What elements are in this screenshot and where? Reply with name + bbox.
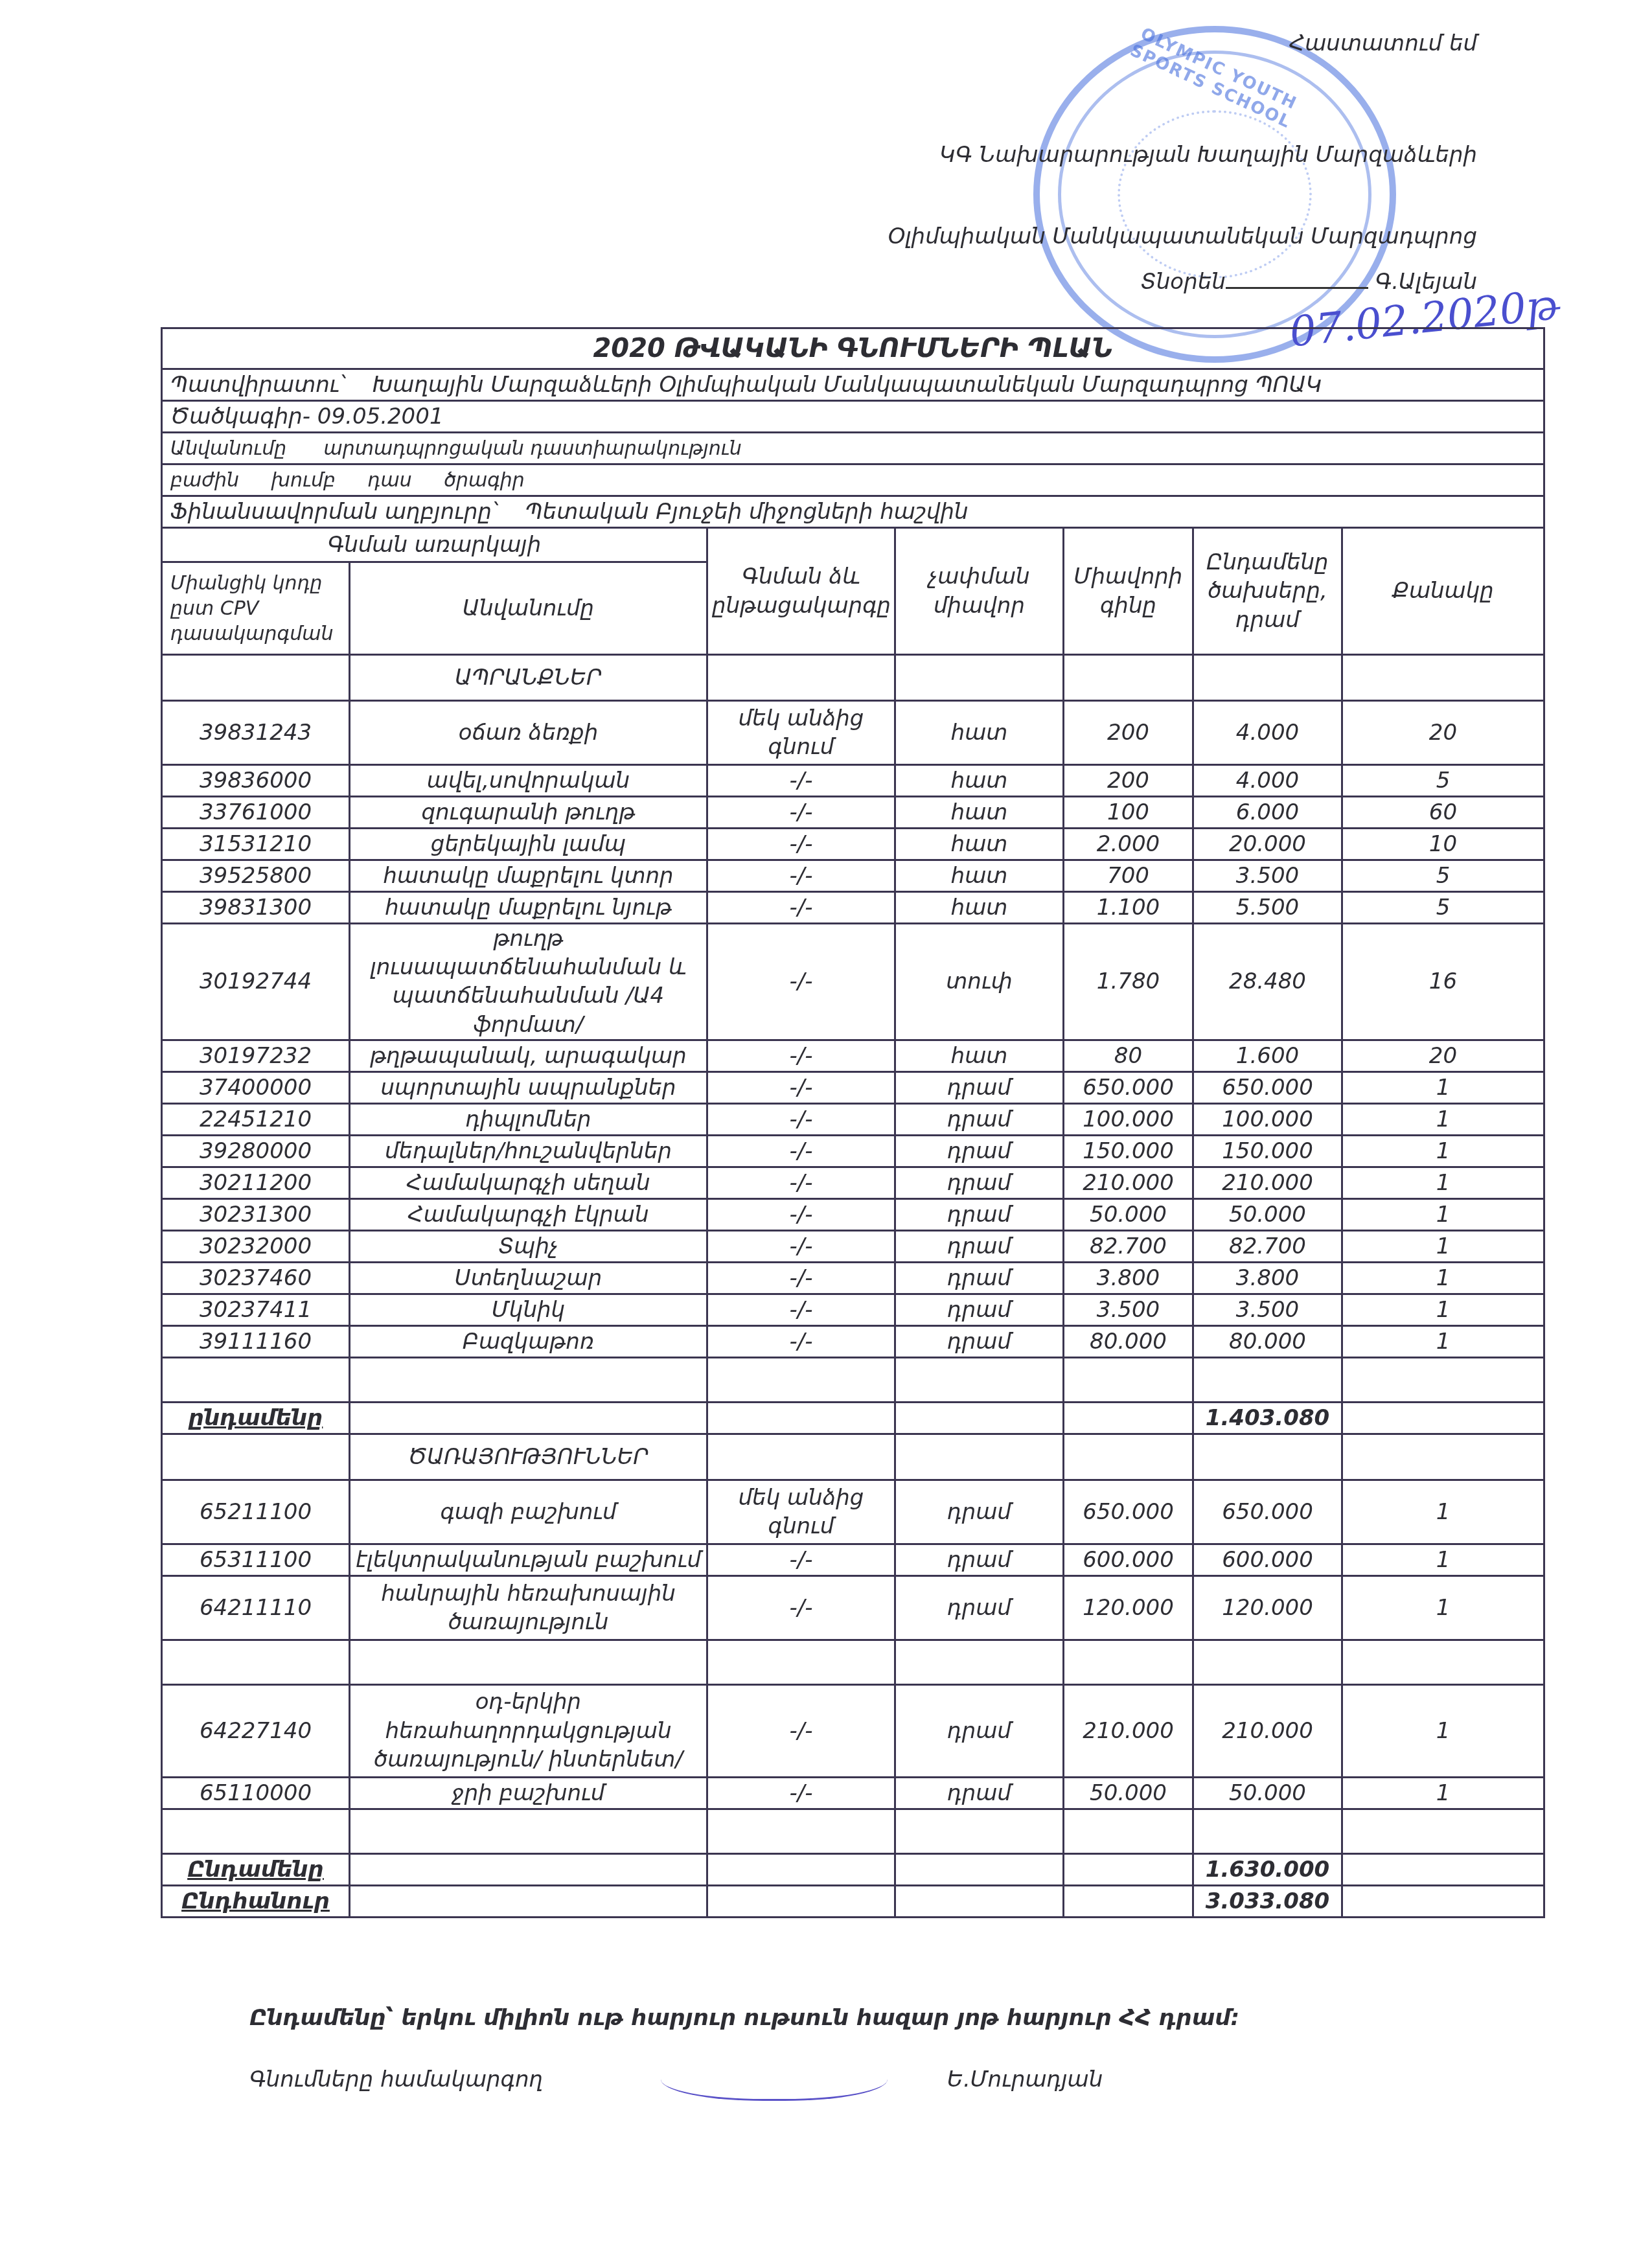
unit: դրամ (895, 1777, 1064, 1809)
procurement-method: -/- (707, 1684, 895, 1777)
procurement-plan-table: 2020 ԹՎԱԿԱՆԻ ԳՆՈՒՄՆԵՐԻ ՊԼԱՆ Պատվիրատու՝ … (161, 327, 1545, 1918)
quantity: 20 (1342, 701, 1544, 765)
empty-cell (895, 1640, 1064, 1684)
empty-cell (895, 1809, 1064, 1853)
quantity: 1 (1342, 1167, 1544, 1198)
table-row: 39111160Բազկաթոռ-/-դրամ80.00080.0001 (162, 1325, 1544, 1357)
unit-price: 150.000 (1064, 1135, 1193, 1167)
empty-cell (1193, 1434, 1342, 1480)
cpv-code: 30197232 (162, 1040, 350, 1071)
total-cost: 650.000 (1193, 1480, 1342, 1544)
empty-cell (1064, 1640, 1193, 1684)
empty-cell (1342, 1853, 1544, 1885)
code-row: Ծածկագիր- 09.05.2001 (162, 401, 1544, 433)
empty-cell (895, 655, 1064, 701)
empty-cell (895, 1402, 1064, 1434)
item-name: ավել,սովորական (350, 765, 707, 797)
table-row: 33761000զուգարանի թուղթ-/-հատ1006.00060 (162, 797, 1544, 829)
item-name: մեդալներ/հուշանվերներ (350, 1135, 707, 1167)
procurement-method: -/- (707, 860, 895, 892)
empty-cell (707, 1640, 895, 1684)
unit-price: 700 (1064, 860, 1193, 892)
empty-cell (707, 1853, 895, 1885)
unit-price: 3.500 (1064, 1294, 1193, 1325)
total-in-words: Ընդամենը՝ երկու միլիոն ութ հարյուր ութսո… (249, 2005, 1239, 2031)
total-cost: 50.000 (1193, 1198, 1342, 1230)
unit-price: 100.000 (1064, 1103, 1193, 1135)
unit-price: 80 (1064, 1040, 1193, 1071)
empty-cell (1342, 1357, 1544, 1402)
unit: դրամ (895, 1071, 1064, 1103)
quantity: 1 (1342, 1071, 1544, 1103)
procurement-method: -/- (707, 1103, 895, 1135)
table-row: 39525800հատակը մաքրելու կտոր-/-հատ7003.5… (162, 860, 1544, 892)
total-cost: 50.000 (1193, 1777, 1342, 1809)
sum-value: 1.630.000 (1193, 1853, 1342, 1885)
total-cost: 210.000 (1193, 1684, 1342, 1777)
procurement-method: -/- (707, 797, 895, 829)
empty-cell (350, 1885, 707, 1917)
cpv-code: 64211110 (162, 1575, 350, 1640)
quantity: 5 (1342, 860, 1544, 892)
unit: հատ (895, 701, 1064, 765)
cpv-code: 30237411 (162, 1294, 350, 1325)
empty-cell (350, 1357, 707, 1402)
empty-cell (162, 1640, 350, 1684)
cpv-code: 37400000 (162, 1071, 350, 1103)
procurement-method: -/- (707, 1575, 895, 1640)
empty-cell (707, 1357, 895, 1402)
table-row: 65110000ջրի բաշխում-/-դրամ50.00050.0001 (162, 1777, 1544, 1809)
quantity: 1 (1342, 1325, 1544, 1357)
unit: դրամ (895, 1544, 1064, 1575)
item-name: Բազկաթոռ (350, 1325, 707, 1357)
item-name: օճառ ձեռքի (350, 701, 707, 765)
quantity: 20 (1342, 1040, 1544, 1071)
plan-title: 2020 ԹՎԱԿԱՆԻ ԳՆՈՒՄՆԵՐԻ ՊԼԱՆ (162, 328, 1544, 369)
item-name: գազի բաշխում (350, 1480, 707, 1544)
quantity: 1 (1342, 1684, 1544, 1777)
item-name: դիպլոմներ (350, 1103, 707, 1135)
quantity: 5 (1342, 765, 1544, 797)
cpv-code: 30237460 (162, 1262, 350, 1294)
name-label: Անվանումը (170, 437, 286, 460)
empty-cell (162, 1809, 350, 1853)
total-cost: 3.800 (1193, 1262, 1342, 1294)
item-name: Մկնիկ (350, 1294, 707, 1325)
total-cost: 650.000 (1193, 1071, 1342, 1103)
item-name: հատակը մաքրելու նյութ (350, 892, 707, 924)
empty-cell (350, 1640, 707, 1684)
unit-price: 80.000 (1064, 1325, 1193, 1357)
blank-row (162, 1357, 1544, 1402)
empty-cell (1342, 1809, 1544, 1853)
empty-cell (707, 1809, 895, 1853)
unit-price: 600.000 (1064, 1544, 1193, 1575)
blank-row (162, 1640, 1544, 1684)
table-row: 30237460Ստեղնաշար-/-դրամ3.8003.8001 (162, 1262, 1544, 1294)
quantity: 10 (1342, 829, 1544, 860)
item-name: ջրի բաշխում (350, 1777, 707, 1809)
table-row: 39836000ավել,սովորական-/-հատ2004.0005 (162, 765, 1544, 797)
total-cost: 100.000 (1193, 1103, 1342, 1135)
quantity: 1 (1342, 1480, 1544, 1544)
unit: հատ (895, 892, 1064, 924)
unit: հատ (895, 829, 1064, 860)
customer-row: Պատվիրատու՝ Խաղային Մարզաձևերի Օլիմպիակա… (162, 369, 1544, 401)
unit-price: 650.000 (1064, 1071, 1193, 1103)
goods-subtotal-row: ընդամենը1.403.080 (162, 1402, 1544, 1434)
unit: դրամ (895, 1103, 1064, 1135)
quantity: 5 (1342, 892, 1544, 924)
cpv-code: 30192744 (162, 924, 350, 1040)
procurement-method: մեկ անձից գնում (707, 701, 895, 765)
empty-cell (1193, 1640, 1342, 1684)
cpv-code: 30232000 (162, 1230, 350, 1262)
sum-value: 3.033.080 (1193, 1885, 1342, 1917)
total-cost: 600.000 (1193, 1544, 1342, 1575)
procurement-method: -/- (707, 829, 895, 860)
unit: դրամ (895, 1167, 1064, 1198)
table-row: 39831300հատակը մաքրելու նյութ-/-հատ1.100… (162, 892, 1544, 924)
table-row: 22451210դիպլոմներ-/-դրամ100.000100.0001 (162, 1103, 1544, 1135)
total-cost: 150.000 (1193, 1135, 1342, 1167)
table-row: 30232000Տպիչ-/-դրամ82.70082.7001 (162, 1230, 1544, 1262)
col-unit-header: չափման միավոր (895, 528, 1064, 655)
sum-label: Ընդհանուր (162, 1885, 350, 1917)
quantity: 1 (1342, 1777, 1544, 1809)
item-name: Ստեղնաշար (350, 1262, 707, 1294)
table-row: 39831243օճառ ձեռքիմեկ անձից գնումհատ2004… (162, 701, 1544, 765)
quantity: 1 (1342, 1575, 1544, 1640)
item-name: թղթապանակ, արագակար (350, 1040, 707, 1071)
funding-label: Ֆինանսավորման աղբյուրը՝ (170, 499, 497, 525)
col-group-header: Գնման առարկայի (162, 528, 707, 562)
unit: դրամ (895, 1262, 1064, 1294)
table-row: 30192744թուղթ լուսապատճենահանման և պատճե… (162, 924, 1544, 1040)
quantity: 16 (1342, 924, 1544, 1040)
unit-price: 50.000 (1064, 1777, 1193, 1809)
cpv-code: 65211100 (162, 1480, 350, 1544)
table-row: 39280000մեդալներ/հուշանվերներ-/-դրամ150.… (162, 1135, 1544, 1167)
total-cost: 28.480 (1193, 924, 1342, 1040)
cpv-code: 30231300 (162, 1198, 350, 1230)
unit-price: 200 (1064, 765, 1193, 797)
empty-cell (350, 1809, 707, 1853)
approval-heading: Հաստատում եմ (1289, 32, 1477, 54)
empty-cell (162, 1434, 350, 1480)
services-subtotal-row: Ընդամենը1.630.000 (162, 1853, 1544, 1885)
unit-price: 210.000 (1064, 1684, 1193, 1777)
total-cost: 20.000 (1193, 829, 1342, 860)
cpv-code: 65110000 (162, 1777, 350, 1809)
total-cost: 1.600 (1193, 1040, 1342, 1071)
unit-price: 120.000 (1064, 1575, 1193, 1640)
unit-price: 82.700 (1064, 1230, 1193, 1262)
cpv-code: 22451210 (162, 1103, 350, 1135)
procurement-method: -/- (707, 765, 895, 797)
unit-price: 3.800 (1064, 1262, 1193, 1294)
procurement-method: -/- (707, 1167, 895, 1198)
total-cost: 3.500 (1193, 860, 1342, 892)
empty-cell (1064, 1434, 1193, 1480)
section-title: ԾԱՌԱՅՈՒԹՅՈՒՆՆԵՐ (350, 1434, 707, 1480)
procurement-method: -/- (707, 1544, 895, 1575)
col-price-header: Միավորի գինը (1064, 528, 1193, 655)
director-label: Տնօրեն (1141, 269, 1226, 295)
empty-cell (1342, 1885, 1544, 1917)
grand-total-row: Ընդհանուր3.033.080 (162, 1885, 1544, 1917)
table-row: 64211110հանրային հեռախոսային ծառայությու… (162, 1575, 1544, 1640)
cpv-code: 33761000 (162, 797, 350, 829)
empty-cell (1342, 1434, 1544, 1480)
procurement-method: -/- (707, 1262, 895, 1294)
total-cost: 120.000 (1193, 1575, 1342, 1640)
customer-value: Խաղային Մարզաձևերի Օլիմպիական Մանկապատան… (373, 372, 1322, 398)
unit-price: 50.000 (1064, 1198, 1193, 1230)
empty-cell (162, 1357, 350, 1402)
empty-cell (1193, 1809, 1342, 1853)
item-name: օդ-երկիր հեռահաղորդակցության ծառայությու… (350, 1684, 707, 1777)
empty-cell (895, 1434, 1064, 1480)
unit-price: 100 (1064, 797, 1193, 829)
quantity: 1 (1342, 1262, 1544, 1294)
unit: դրամ (895, 1684, 1064, 1777)
item-name: Տպիչ (350, 1230, 707, 1262)
empty-cell (1342, 1402, 1544, 1434)
item-name: էլեկտրականության բաշխում (350, 1544, 707, 1575)
quantity: 1 (1342, 1135, 1544, 1167)
empty-cell (1064, 1853, 1193, 1885)
quantity: 1 (1342, 1198, 1544, 1230)
sum-label: ընդամենը (162, 1402, 350, 1434)
empty-cell (707, 655, 895, 701)
table-row: 30231300Համակարգչի էկրան-/-դրամ50.00050.… (162, 1198, 1544, 1230)
total-cost: 210.000 (1193, 1167, 1342, 1198)
funding-row: Ֆինանսավորման աղբյուրը՝ Պետական Բյուջեի … (162, 496, 1544, 528)
col-qty-header: Քանակը (1342, 528, 1544, 655)
procurement-method: -/- (707, 1135, 895, 1167)
col-total-header: Ընդամենը ծախսերը, դրամ (1193, 528, 1342, 655)
unit: դրամ (895, 1325, 1064, 1357)
item-name: հատակը մաքրելու կտոր (350, 860, 707, 892)
unit-price: 650.000 (1064, 1480, 1193, 1544)
procurement-method: -/- (707, 1230, 895, 1262)
coordinator-signature (661, 2054, 888, 2101)
table-row: 65311100էլեկտրականության բաշխում-/-դրամ6… (162, 1544, 1544, 1575)
cpv-code: 39831300 (162, 892, 350, 924)
unit-price: 210.000 (1064, 1167, 1193, 1198)
sum-value: 1.403.080 (1193, 1402, 1342, 1434)
total-cost: 6.000 (1193, 797, 1342, 829)
empty-cell (895, 1357, 1064, 1402)
item-name: թուղթ լուսապատճենահանման և պատճենահանման… (350, 924, 707, 1040)
approval-org-line1: ԿԳ Նախարարության Խաղային Մարզաձևերի (939, 144, 1477, 166)
procurement-method: -/- (707, 892, 895, 924)
empty-cell (707, 1885, 895, 1917)
unit: հատ (895, 860, 1064, 892)
unit-price: 200 (1064, 701, 1193, 765)
unit: հատ (895, 797, 1064, 829)
cpv-code: 31531210 (162, 829, 350, 860)
unit: դրամ (895, 1198, 1064, 1230)
quantity: 1 (1342, 1294, 1544, 1325)
item-name: սպորտային ապրանքներ (350, 1071, 707, 1103)
section-title: ԱՊՐԱՆՔՆԵՐ (350, 655, 707, 701)
director-signature (1226, 287, 1368, 289)
table-row: 31531210ցերեկային լամպ-/-հատ2.00020.0001… (162, 829, 1544, 860)
cpv-code: 39831243 (162, 701, 350, 765)
empty-cell (707, 1434, 895, 1480)
classification-row: բաժին խումբ դաս ծրագիր (162, 464, 1544, 496)
coordinator-name: Ե.Մուրադյան (947, 2067, 1103, 2092)
table-row: 30237411Մկնիկ-/-դրամ3.5003.5001 (162, 1294, 1544, 1325)
empty-cell (1064, 1809, 1193, 1853)
unit: տուփ (895, 924, 1064, 1040)
sum-label: Ընդամենը (162, 1853, 350, 1885)
empty-cell (707, 1402, 895, 1434)
cpv-code: 30211200 (162, 1167, 350, 1198)
procurement-method: -/- (707, 1294, 895, 1325)
unit-price: 2.000 (1064, 829, 1193, 860)
empty-cell (1064, 1402, 1193, 1434)
unit: դրամ (895, 1575, 1064, 1640)
item-name: հանրային հեռախոսային ծառայություն (350, 1575, 707, 1640)
procurement-method: -/- (707, 1777, 895, 1809)
blank-row (162, 1809, 1544, 1853)
unit: հատ (895, 1040, 1064, 1071)
cpv-code: 64227140 (162, 1684, 350, 1777)
empty-cell (1193, 655, 1342, 701)
cpv-code: 39111160 (162, 1325, 350, 1357)
empty-cell (162, 655, 350, 701)
unit: հատ (895, 765, 1064, 797)
item-name: զուգարանի թուղթ (350, 797, 707, 829)
coordinator-label: Գնումները համակարգող (249, 2067, 543, 2092)
item-name: ցերեկային լամպ (350, 829, 707, 860)
item-name: Համակարգչի սեղան (350, 1167, 707, 1198)
quantity: 1 (1342, 1544, 1544, 1575)
col-name-header: Անվանումը (350, 562, 707, 655)
unit: դրամ (895, 1230, 1064, 1262)
services-section-row: ԾԱՌԱՅՈՒԹՅՈՒՆՆԵՐ (162, 1434, 1544, 1480)
table-row: 37400000սպորտային ապրանքներ-/-դրամ650.00… (162, 1071, 1544, 1103)
customer-label: Պատվիրատու՝ (170, 372, 345, 398)
quantity: 1 (1342, 1103, 1544, 1135)
unit-price: 1.780 (1064, 924, 1193, 1040)
col-cpv-header: Միանցիկ կոդը ըստ CPV դասակարգման (162, 562, 350, 655)
empty-cell (350, 1402, 707, 1434)
total-cost: 80.000 (1193, 1325, 1342, 1357)
table-row: 65211100գազի բաշխումմեկ անձից գնումդրամ6… (162, 1480, 1544, 1544)
unit: դրամ (895, 1135, 1064, 1167)
empty-cell (1342, 655, 1544, 701)
goods-section-row: ԱՊՐԱՆՔՆԵՐ (162, 655, 1544, 701)
col-method-header: Գնման ձև ընթացակարգը (707, 528, 895, 655)
cpv-code: 39525800 (162, 860, 350, 892)
quantity: 60 (1342, 797, 1544, 829)
procurement-method: -/- (707, 1071, 895, 1103)
funding-value: Պետական Բյուջեի միջոցների հաշվին (525, 499, 968, 525)
approval-org-line2: Օլիմպիական Մանկապատանեկան Մարզադպրոց (888, 225, 1477, 247)
total-cost: 4.000 (1193, 765, 1342, 797)
total-cost: 3.500 (1193, 1294, 1342, 1325)
cpv-code: 39836000 (162, 765, 350, 797)
procurement-method: -/- (707, 1040, 895, 1071)
empty-cell (895, 1885, 1064, 1917)
cpv-code: 65311100 (162, 1544, 350, 1575)
empty-cell (1064, 655, 1193, 701)
empty-cell (350, 1853, 707, 1885)
item-name: Համակարգչի էկրան (350, 1198, 707, 1230)
table-row: 30197232թղթապանակ, արագակար-/-հատ801.600… (162, 1040, 1544, 1071)
empty-cell (1064, 1885, 1193, 1917)
unit: դրամ (895, 1294, 1064, 1325)
procurement-method: մեկ անձից գնում (707, 1480, 895, 1544)
director-signature-line: Տնօրեն Գ.Ալեյան (1141, 271, 1477, 293)
empty-cell (1342, 1640, 1544, 1684)
procurement-method: -/- (707, 1198, 895, 1230)
name-value: արտադպրոցական դաստիարակություն (324, 437, 742, 460)
empty-cell (1064, 1357, 1193, 1402)
name-row: Անվանումը արտադպրոցական դաստիարակություն (162, 433, 1544, 464)
empty-cell (895, 1853, 1064, 1885)
empty-cell (1193, 1357, 1342, 1402)
quantity: 1 (1342, 1230, 1544, 1262)
total-cost: 5.500 (1193, 892, 1342, 924)
total-cost: 82.700 (1193, 1230, 1342, 1262)
table-row: 64227140օդ-երկիր հեռահաղորդակցության ծառ… (162, 1684, 1544, 1777)
table-row: 30211200Համակարգչի սեղան-/-դրամ210.00021… (162, 1167, 1544, 1198)
procurement-method: -/- (707, 924, 895, 1040)
procurement-method: -/- (707, 1325, 895, 1357)
unit: դրամ (895, 1480, 1064, 1544)
unit-price: 1.100 (1064, 892, 1193, 924)
cpv-code: 39280000 (162, 1135, 350, 1167)
total-cost: 4.000 (1193, 701, 1342, 765)
